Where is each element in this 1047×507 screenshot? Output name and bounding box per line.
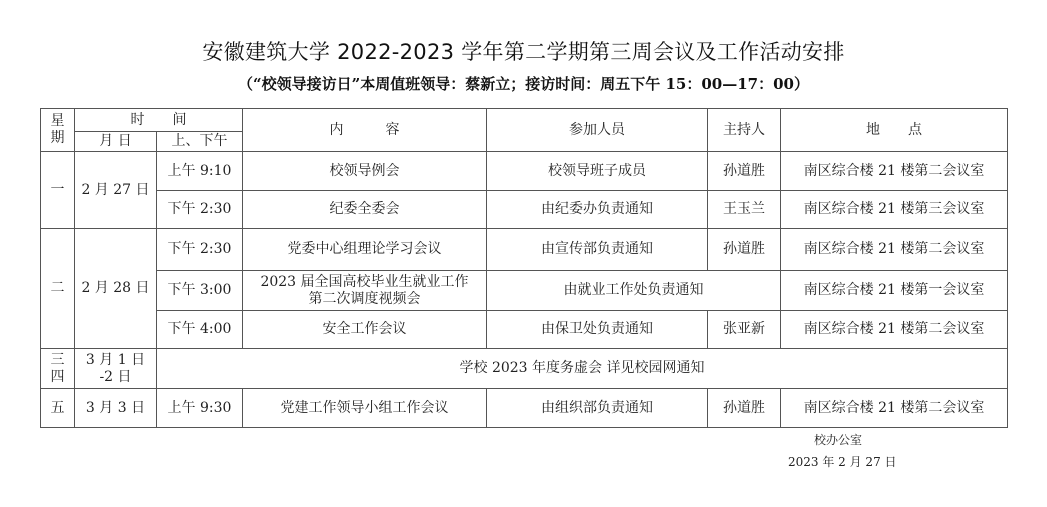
header-weekday: 星 期 [41,109,75,152]
header-host: 主持人 [708,109,781,152]
participants-cell: 由就业工作处负责通知 [487,271,781,311]
location-cell: 南区综合楼 21 楼第一会议室 [781,271,1008,311]
time-cell: 下午 2:30 [157,191,243,229]
location-cell: 南区综合楼 21 楼第二会议室 [781,229,1008,271]
content-line-1: 2023 届全国高校毕业生就业工作 [243,274,486,291]
header-location: 地 点 [781,109,1008,152]
date-cell: 3 月 3 日 [75,389,157,428]
date-cell: 2 月 28 日 [75,229,157,349]
date-cell: 2 月 27 日 [75,152,157,229]
table-row: 五 3 月 3 日 上午 9:30 党建工作领导小组工作会议 由组织部负责通知 … [41,389,1008,428]
content-cell: 纪委全委会 [243,191,487,229]
table-row: 下午 3:00 2023 届全国高校毕业生就业工作 第二次调度视频会 由就业工作… [41,271,1008,311]
host-cell: 王玉兰 [708,191,781,229]
host-cell: 张亚新 [708,311,781,349]
document-subtitle: （“校领导接访日”本周值班领导：蔡新立；接访时间：周五下午 15：00—17：0… [0,73,1047,94]
location-cell: 南区综合楼 21 楼第二会议室 [781,389,1008,428]
weekday-line-2: 四 [41,369,74,386]
participants-cell: 由组织部负责通知 [487,389,708,428]
weekday-line-1: 三 [41,352,74,369]
content-cell: 党建工作领导小组工作会议 [243,389,487,428]
date-cell: 3 月 1 日 -2 日 [75,349,157,389]
weekday-cell: 二 [41,229,75,349]
content-cell: 安全工作会议 [243,311,487,349]
location-cell: 南区综合楼 21 楼第二会议室 [781,152,1008,191]
header-weekday-bottom: 期 [41,130,74,147]
header-content: 内 容 [243,109,487,152]
footer-date: 2023 年 2 月 27 日 [788,453,897,470]
date-line-1: 3 月 1 日 [75,352,156,369]
merged-note-cell: 学校 2023 年度务虚会 详见校园网通知 [157,349,1008,389]
header-weekday-top: 星 [41,113,74,130]
table-row: 下午 4:00 安全工作会议 由保卫处负责通知 张亚新 南区综合楼 21 楼第二… [41,311,1008,349]
date-line-2: -2 日 [75,369,156,386]
time-cell: 上午 9:10 [157,152,243,191]
document-title: 安徽建筑大学 2022-2023 学年第二学期第三周会议及工作活动安排 [0,36,1047,66]
footer-issuer: 校办公室 [814,431,862,448]
header-date: 月 日 [75,132,157,152]
schedule-table: 星 期 时 间 内 容 参加人员 主持人 地 点 月 日 上、下午 一 2 月 … [40,108,1008,428]
host-cell: 孙道胜 [708,152,781,191]
host-cell: 孙道胜 [708,229,781,271]
time-cell: 上午 9:30 [157,389,243,428]
participants-cell: 由纪委办负责通知 [487,191,708,229]
time-cell: 下午 4:00 [157,311,243,349]
header-participants: 参加人员 [487,109,708,152]
time-cell: 下午 3:00 [157,271,243,311]
table-row: 三 四 3 月 1 日 -2 日 学校 2023 年度务虚会 详见校园网通知 [41,349,1008,389]
time-cell: 下午 2:30 [157,229,243,271]
content-cell: 校领导例会 [243,152,487,191]
location-cell: 南区综合楼 21 楼第三会议室 [781,191,1008,229]
table-row: 一 2 月 27 日 上午 9:10 校领导例会 校领导班子成员 孙道胜 南区综… [41,152,1008,191]
content-cell: 党委中心组理论学习会议 [243,229,487,271]
content-cell: 2023 届全国高校毕业生就业工作 第二次调度视频会 [243,271,487,311]
table-row: 下午 2:30 纪委全委会 由纪委办负责通知 王玉兰 南区综合楼 21 楼第三会… [41,191,1008,229]
weekday-cell: 一 [41,152,75,229]
weekday-cell: 三 四 [41,349,75,389]
header-ampm: 上、下午 [157,132,243,152]
content-line-2: 第二次调度视频会 [243,291,486,308]
host-cell: 孙道胜 [708,389,781,428]
participants-cell: 校领导班子成员 [487,152,708,191]
participants-cell: 由保卫处负责通知 [487,311,708,349]
participants-cell: 由宣传部负责通知 [487,229,708,271]
table-row: 二 2 月 28 日 下午 2:30 党委中心组理论学习会议 由宣传部负责通知 … [41,229,1008,271]
weekday-cell: 五 [41,389,75,428]
header-time-group: 时 间 [75,109,243,132]
location-cell: 南区综合楼 21 楼第二会议室 [781,311,1008,349]
